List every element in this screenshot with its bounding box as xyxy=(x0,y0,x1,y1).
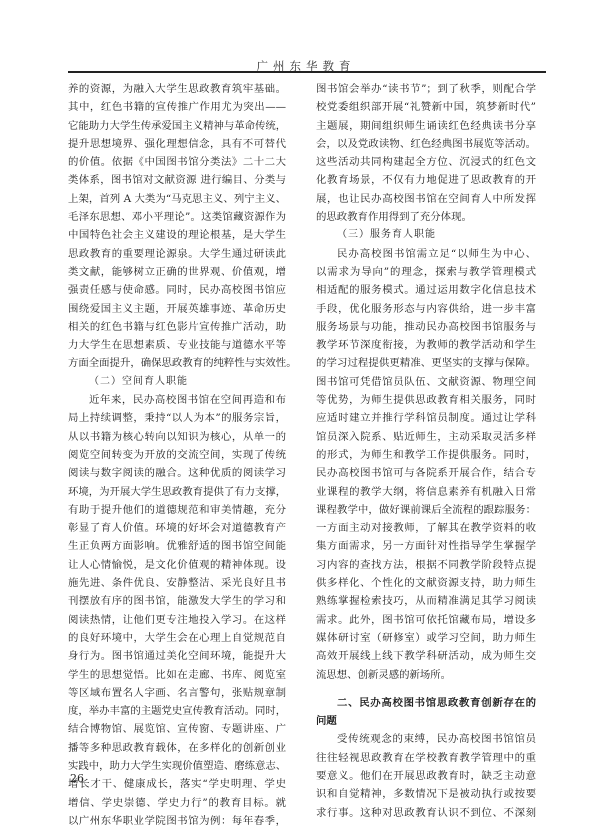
subheading-space-function: （二）空间育人职能 xyxy=(68,373,286,391)
text-line: 实践中，助力大学生实现价值塑造、磨练意志、 xyxy=(68,757,286,775)
section-heading-continued: 问题 xyxy=(316,712,536,730)
right-column: 图书馆会举办“读书节”；到了秋季，则配合学 校党委组织部开展“礼赞新中国，筑梦新… xyxy=(316,80,536,822)
text-line: 类体系，图书馆对文献资源 进行编目、分类与 xyxy=(68,171,286,189)
text-line: 环境，为开展大学生思政教育提供了有力支撑， xyxy=(68,483,286,501)
subheading-service-function: （三）服务育人职能 xyxy=(316,226,536,244)
text-line: 一方面主动对接教师，了解其在教学资料的收 xyxy=(316,519,536,537)
text-line: 的思政教育作用得到了充分体现。 xyxy=(316,208,536,226)
text-line: 类文献，能够树立正确的世界观、价值观，增 xyxy=(68,263,286,281)
text-line: 图书馆可凭借馆员队伍、文献资源、物理空间 xyxy=(316,373,536,391)
text-line: 校党委组织部开展“礼赞新中国，筑梦新时代” xyxy=(316,98,536,116)
text-line: 强责任感与使命感。同时，民办高校图书馆应 xyxy=(68,281,286,299)
text-line: 播等多种思政教育载体，在多样化的创新创业 xyxy=(68,739,286,757)
text-line: 度，举办丰富的主题党史宣传教育活动。同时， xyxy=(68,702,286,720)
text-line: 彰显了育人价值。环境的好坏会对道德教育产 xyxy=(68,519,286,537)
text-line: 力大学生在思想素质、专业技能与道德水平等 xyxy=(68,336,286,354)
text-line: 学生的思想觉悟。比如在走廊、书库、阅览室 xyxy=(68,666,286,684)
text-line: 等优势，为师生提供思政教育相关服务，同时 xyxy=(316,391,536,409)
text-line: 思政教育的重要理论源泉。大学生通过研读此 xyxy=(68,245,286,263)
text-line: 应适时建立并推行学科馆员制度。通过让学科 xyxy=(316,409,536,427)
text-line: 手段，优化服务形态与内容供给，进一步丰富 xyxy=(316,300,536,318)
text-line: 提升思想境界、强化理想信念，具有不可替代 xyxy=(68,135,286,153)
text-line: 施先进、条件优良、安静整洁、采光良好且书 xyxy=(68,574,286,592)
text-line: 习内容的查找方法，根据不同教学阶段特点提 xyxy=(316,556,536,574)
page-number: 26 xyxy=(70,772,84,785)
section-heading: 二、民办高校图书馆思政教育创新存在的 xyxy=(316,694,536,712)
text-line: 求行事。这种对思政教育认识不到位、不深刻 xyxy=(316,804,536,822)
text-line: 课程教学中，做好课前课后全流程的跟踪服务： xyxy=(316,501,536,519)
header-rule xyxy=(68,71,546,73)
section-gap xyxy=(316,684,536,694)
text-line: 民办高校图书馆可与各院系开展合作，结合专 xyxy=(316,464,536,482)
text-line: 的良好环境中，大学生会在心理上自觉规范自 xyxy=(68,629,286,647)
text-line: 围绕爱国主义主题，开展英雄事迹、革命历史 xyxy=(68,300,286,318)
text-line: 媒体研讨室（研修室）或学习空间，助力师生 xyxy=(316,629,536,647)
text-line: 相关的红色书籍与红色影片宣传推广活动，助 xyxy=(68,318,286,336)
text-line: 展，也让民办高校图书馆在空间育人中所发挥 xyxy=(316,190,536,208)
text-line: 会，以及党政读物、红色经典图书展览等活动。 xyxy=(316,135,536,153)
text-line: 教学环节深度衔接，为教师的教学活动和学生 xyxy=(316,336,536,354)
text-line: 生正负两方面影响。优雅舒适的图书馆空间能 xyxy=(68,537,286,555)
text-line: 受传统观念的束缚，民办高校图书馆馆员 xyxy=(316,730,536,748)
text-line: 毛泽东思想、邓小平理论”。这类馆藏资源作为 xyxy=(68,208,286,226)
text-line: 阅读与数字阅读的融合。这种优质的阅读学习 xyxy=(68,464,286,482)
text-line: 让人心情愉悦，是文化价值观的精神体现。设 xyxy=(68,556,286,574)
text-line: 增长才干、健康成长，落实“学史明理、学史 xyxy=(68,775,286,793)
text-line: 阅览空间转变为开放的交流空间，实现了传统 xyxy=(68,446,286,464)
left-column: 养的资源，为融入大学生思政教育筑牢基础。 其中，红色书籍的宣传推广作用尤为突出—… xyxy=(68,80,286,830)
text-line: 的学习过程提供更精准、更坚实的支撑与保障。 xyxy=(316,354,536,372)
text-line: 刊摆放有序的图书馆，能激发大学生的学习和 xyxy=(68,592,286,610)
text-line: 熟练掌握检索技巧，从而精准满足其学习阅读 xyxy=(316,592,536,610)
text-line: 这些活动共同构建起全方位、沉浸式的红色文 xyxy=(316,153,536,171)
text-line: 增信、学史崇德、学史力行”的教育目标。就 xyxy=(68,794,286,812)
text-line: 以需求为导向”的理念，探索与教学管理模式 xyxy=(316,263,536,281)
text-line: 高效开展线上线下教学科研活动，成为师生交 xyxy=(316,647,536,665)
text-line: 近年来，民办高校图书馆在空间再造和布 xyxy=(68,391,286,409)
text-line: 化教育场景，不仅有力地促进了思政教育的开 xyxy=(316,171,536,189)
text-line: 识和自觉精神，多数情况下是被动执行或按要 xyxy=(316,785,536,803)
text-line: 流思想、创新灵感的新场所。 xyxy=(316,666,536,684)
text-line: 业课程的教学大纲，将信息素养有机融入日常 xyxy=(316,483,536,501)
text-line: 要意义。他们在开展思政教育时，缺乏主动意 xyxy=(316,767,536,785)
text-line: 它能助力大学生传承爱国主义精神与革命传统， xyxy=(68,117,286,135)
text-line: 馆员深入院系、贴近师生，主动采取灵活多样 xyxy=(316,428,536,446)
text-line: 方面全面提升，确保思政教育的纯粹性与实效性。 xyxy=(68,354,286,372)
text-line: 以广州东华职业学院图书馆为例：每年春季， xyxy=(68,812,286,830)
text-line: 的形式，为师生和教学工作提供服务。同时， xyxy=(316,446,536,464)
text-line: 阅读热情，让他们更专注地投入学习。在这样 xyxy=(68,611,286,629)
text-line: 其中，红色书籍的宣传推广作用尤为突出—— xyxy=(68,98,286,116)
text-line: 有助于提升他们的道德规范和审美情趣，充分 xyxy=(68,501,286,519)
text-line: 局上持续调整，秉持“以人为本”的服务宗旨， xyxy=(68,409,286,427)
text-line: 主题展，期间组织师生诵读红色经典读书分享 xyxy=(316,117,536,135)
text-line: 民办高校图书馆需立足“以师生为中心、 xyxy=(316,245,536,263)
text-line: 从以书籍为核心转向以知识为核心，从单一的 xyxy=(68,428,286,446)
text-line: 的价值。依据《中国图书馆分类法》二十二大 xyxy=(68,153,286,171)
text-line: 上架，首列 A 大类为“马克思主义、列宁主义、 xyxy=(68,190,286,208)
text-line: 图书馆会举办“读书节”；到了秋季，则配合学 xyxy=(316,80,536,98)
text-line: 相适配的服务模式。通过运用数字化信息技术 xyxy=(316,281,536,299)
text-line: 集方面需求，另一方面针对性指导学生掌握学 xyxy=(316,537,536,555)
text-line: 养的资源，为融入大学生思政教育筑牢基础。 xyxy=(68,80,286,98)
text-line: 供多样化、个性化的文献资源支持，助力师生 xyxy=(316,574,536,592)
text-line: 等区域布置名人字画、名言警句，张贴规章制 xyxy=(68,684,286,702)
text-line: 身行为。图书馆通过美化空间环境，能提升大 xyxy=(68,647,286,665)
text-line: 需求。此外，图书馆可依托馆藏布局，增设多 xyxy=(316,611,536,629)
text-line: 服务场景与功能，推动民办高校图书馆服务与 xyxy=(316,318,536,336)
text-line: 往往轻视思政教育在学校教育教学管理中的重 xyxy=(316,749,536,767)
text-line: 中国特色社会主义建设的理论根基，是大学生 xyxy=(68,226,286,244)
text-line: 结合博物馆、展览馆、宣传窗、专题讲座、广 xyxy=(68,720,286,738)
